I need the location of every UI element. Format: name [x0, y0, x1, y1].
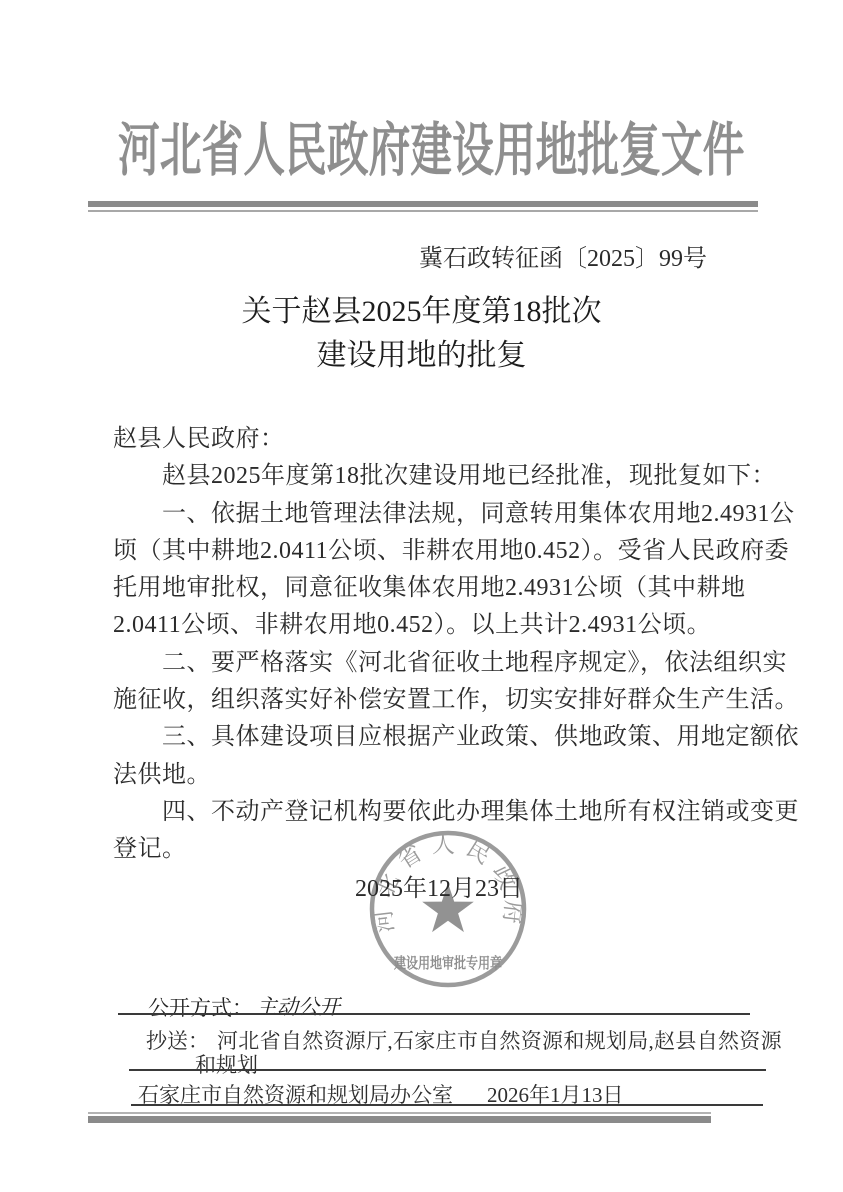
publicity-value: 主动公开	[256, 991, 340, 1021]
official-seal: 河北省人民政府 建设用地审批专用章	[366, 829, 530, 993]
cc-line2: 和规划	[195, 1049, 258, 1079]
body-line: 三、具体建设项目应根据产业政策、供地政策、用地定额依	[113, 719, 761, 756]
body-text: 赵县人民政府： 赵县2025年度第18批次建设用地已经批准，现批复如下： 一、依…	[113, 421, 761, 869]
cc-line1: 河北省自然资源厅,石家庄市自然资源和规划局,赵县自然资源	[217, 1025, 782, 1055]
banner-title: 河北省人民政府建设用地批复文件	[118, 110, 725, 192]
header-rule-thin	[88, 210, 758, 212]
publicity-label: 公开方式：	[148, 992, 253, 1022]
body-line: 一、依据土地管理法律法规，同意转用集体农用地2.4931公	[113, 496, 761, 533]
body-line: 施征收，组织落实好补偿安置工作，切实安排好群众生产生活。	[113, 682, 761, 719]
body-line: 法供地。	[113, 757, 761, 794]
separator-line-3	[131, 1104, 763, 1106]
body-line: 赵县人民政府：	[113, 421, 761, 458]
separator-line-2	[129, 1069, 766, 1071]
subject-title-line1: 关于赵县2025年度第18批次	[0, 290, 843, 334]
body-line: 顷（其中耕地2.0411公顷、非耕农用地0.452）。受省人民政府委	[113, 533, 761, 570]
document-page: 河北省人民政府建设用地批复文件 冀石政转征函〔2025〕99号 关于赵县2025…	[0, 0, 843, 1192]
body-line: 托用地审批权，同意征收集体农用地2.4931公顷（其中耕地	[113, 570, 761, 607]
body-line: 赵县2025年度第18批次建设用地已经批准，现批复如下：	[113, 458, 761, 495]
header-rule-thick	[88, 201, 758, 207]
body-line: 四、不动产登记机构要依此办理集体土地所有权注销或变更	[113, 794, 761, 831]
doc-number: 冀石政转征函〔2025〕99号	[0, 238, 707, 273]
separator-line-1	[118, 1013, 750, 1015]
subject-title: 关于赵县2025年度第18批次 建设用地的批复	[0, 290, 843, 378]
body-line: 2.0411公顷、非耕农用地0.452）。以上共计2.4931公顷。	[113, 607, 761, 644]
seal-bottom-text: 建设用地审批专用章	[394, 954, 502, 972]
approval-date: 2025年12月23日	[355, 868, 523, 903]
body-line: 二、要严格落实《河北省征收土地程序规定》，依法组织实	[113, 645, 761, 682]
footer-bar-thin	[88, 1112, 711, 1114]
footer-bar-thick	[88, 1116, 711, 1123]
subject-title-line2: 建设用地的批复	[0, 334, 843, 378]
